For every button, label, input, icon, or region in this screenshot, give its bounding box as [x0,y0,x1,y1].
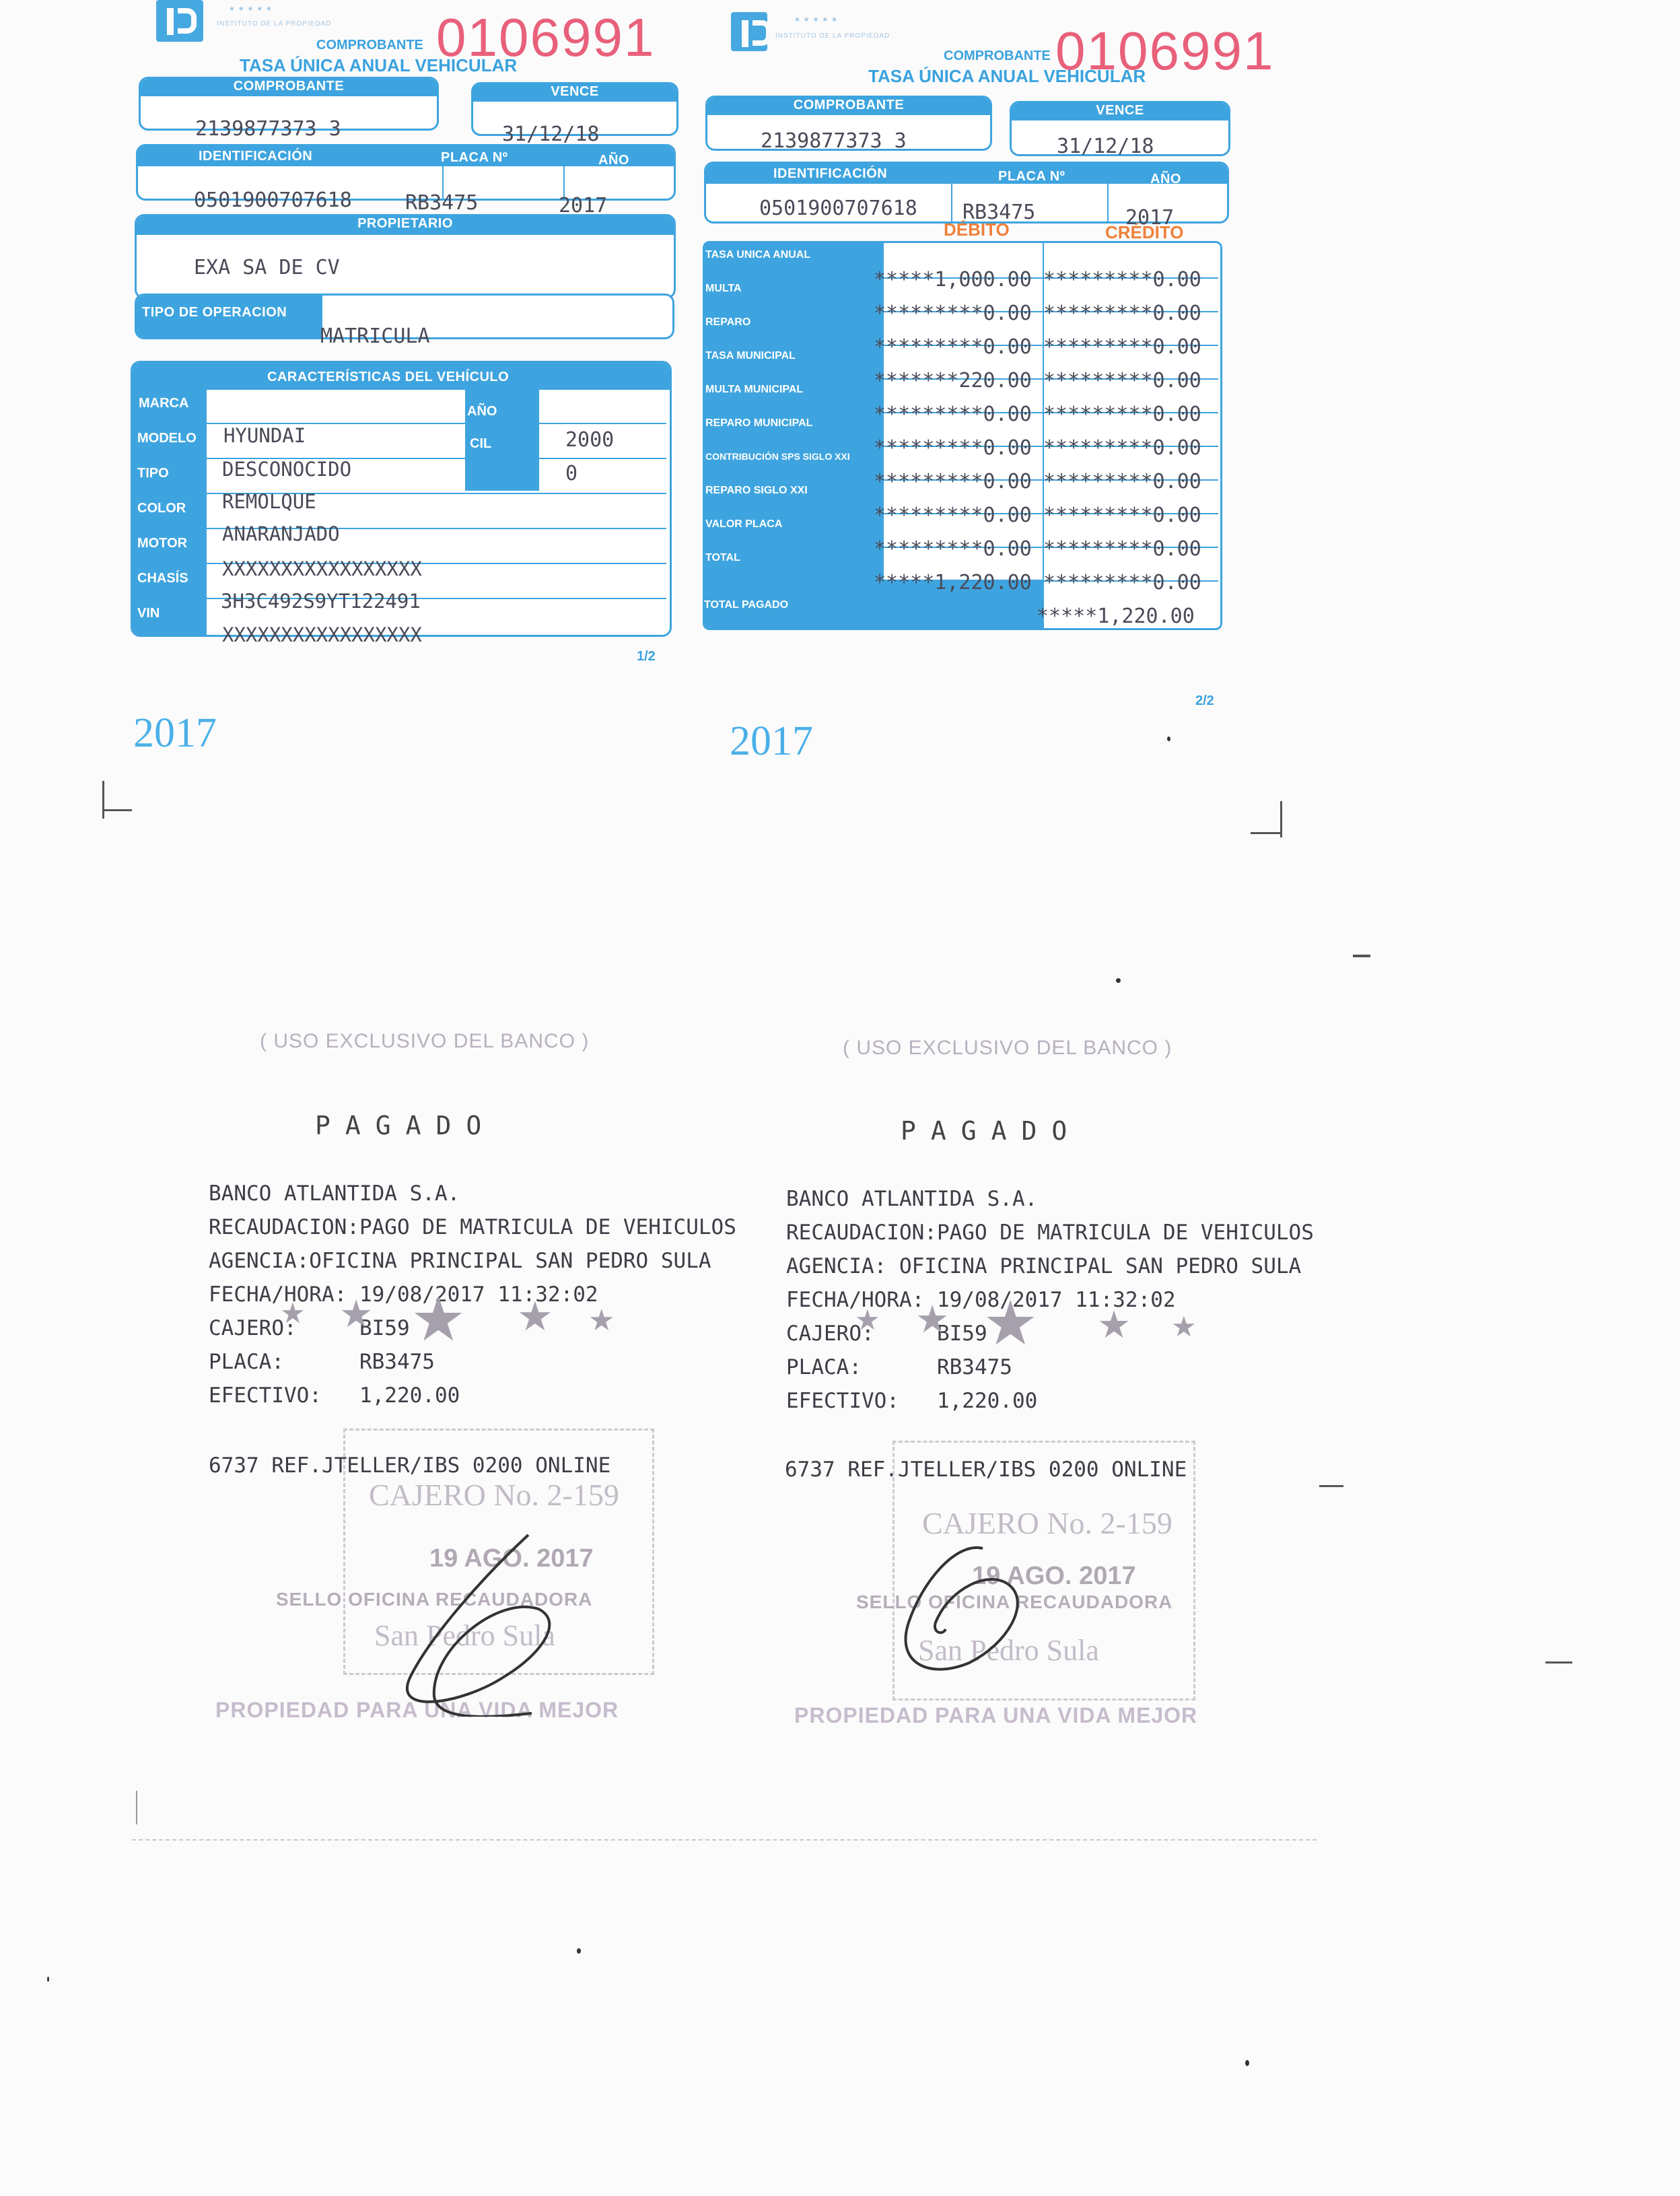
charge-credit: *********0.00 [1043,537,1201,561]
charge-credit: *********0.00 [1043,335,1201,359]
propietario-value: EXA SA DE CV [194,256,340,279]
value-modelo: DESCONOCIDO [222,458,351,481]
star-row-icon: ★ ★ ★ ★ ★ [229,5,273,13]
charge-label: TASA UNICA ANUAL [705,249,810,261]
form-title: TASA ÚNICA ANUAL VEHICULAR [868,66,1146,87]
value-vin: XXXXXXXXXXXXXXXXX [222,623,422,646]
value-color: ANARANJADO [222,522,340,545]
label-cil: CIL [470,436,491,452]
receipt-lines: BANCO ATLANTIDA S.A. RECAUDACION:PAGO DE… [786,1182,1314,1418]
charge-credit: *********0.00 [1043,504,1201,527]
identificacion-value: 0501900707618 [759,197,917,220]
year-watermark: 2017 [730,718,813,765]
charge-credit: *********0.00 [1043,436,1201,460]
star-icon: ★ [983,1293,1038,1354]
value-marca: HYUNDAI [223,424,306,447]
value-chasis: 3H3C492S9YT122491 [221,590,421,613]
tipo-operacion-label: TIPO DE OPERACION [142,305,287,320]
charge-debit: *******220.00 [874,369,1032,392]
identificacion-header: IDENTIFICACIÓN [773,166,887,182]
charge-debit: *********0.00 [874,436,1032,460]
label-marca: MARCA [139,396,188,411]
tipo-operacion-value: MATRICULA [320,324,430,348]
vehicle-header: CARACTERÍSTICAS DEL VEHÍCULO [267,370,509,385]
total-pagado-value: *****1,220.00 [1037,605,1195,628]
vence-value: 31/12/18 [502,123,600,146]
page-indicator: 1/2 [637,649,656,664]
stamp-cashier: CAJERO No. 2-159 [369,1477,619,1513]
ip-logo-icon [731,12,767,51]
label-motor: MOTOR [137,536,187,551]
credito-label: CRÉDITO [1105,222,1184,243]
star-row-icon: ★ ★ ★ ★ ★ [794,16,838,24]
charge-debit: *********0.00 [874,302,1032,325]
label-color: COLOR [137,501,186,516]
ip-logo-icon [156,0,203,42]
paid-status: PAGADO [901,1116,1082,1146]
institution-name: INSTITUTO DE LA PROPIEDAD [217,20,331,28]
identificacion-header: IDENTIFICACIÓN [199,149,312,164]
slogan: PROPIEDAD PARA UNA VIDA MEJOR [794,1703,1197,1728]
charge-credit: *********0.00 [1043,403,1201,426]
charge-debit: *********0.00 [874,403,1032,426]
divider [1107,184,1109,221]
label-tipo: TIPO [137,466,169,481]
page-indicator: 2/2 [1195,693,1214,709]
charge-label: REPARO [705,316,750,329]
charge-debit: *****1,220.00 [874,571,1032,594]
star-icon: ★ [588,1306,615,1336]
comprobante-header: COMPROBANTE [141,79,437,96]
ano-header: AÑO [598,153,629,168]
charge-label: MULTA [705,283,742,295]
comprobante-header: COMPROBANTE [707,98,990,115]
star-icon: ★ [915,1301,949,1338]
form-title: TASA ÚNICA ANUAL VEHICULAR [240,55,517,76]
total-pagado-label: TOTAL PAGADO [704,599,788,611]
charge-debit: *********0.00 [874,470,1032,493]
comprobante-label: COMPROBANTE [944,48,1051,64]
charge-debit: *********0.00 [874,335,1032,359]
label-modelo: MODELO [137,431,197,446]
comprobante-value: 2139877373 3 [761,129,907,153]
debito-label: DÉBITO [944,219,1010,240]
comprobante-label: COMPROBANTE [316,38,423,53]
charge-credit: *********0.00 [1043,470,1201,493]
institution-name: INSTITUTO DE LA PROPIEDAD [775,32,890,40]
charge-label: TASA MUNICIPAL [705,350,796,362]
star-icon: ★ [855,1306,880,1334]
star-icon: ★ [1171,1313,1197,1341]
charge-label: CONTRIBUCIÓN SPS SIGLO XXI [705,451,850,462]
star-icon: ★ [517,1297,553,1337]
placa-header: PLACA Nº [998,169,1065,184]
charge-debit: *********0.00 [874,504,1032,527]
signature-icon [875,1528,1050,1683]
charge-credit: *********0.00 [1043,369,1201,392]
charge-credit: *********0.00 [1043,268,1201,291]
star-icon: ★ [339,1295,373,1333]
receipt-lines: BANCO ATLANTIDA S.A. RECAUDACION:PAGO DE… [209,1177,736,1412]
charge-label: REPARO SIGLO XXI [705,485,808,497]
vence-header: VENCE [1012,103,1228,121]
bank-only-note: ( USO EXCLUSIVO DEL BANCO ) [260,1030,589,1053]
charge-credit: *********0.00 [1043,302,1201,325]
paid-status: PAGADO [315,1111,496,1140]
value-tipo: REMOLQUE [222,490,316,513]
star-icon: ★ [1097,1306,1131,1344]
charge-debit: *********0.00 [874,537,1032,561]
placa-header: PLACA Nº [441,150,508,166]
label-chasis: CHASÍS [137,571,188,586]
placa-value: RB3475 [405,191,478,215]
star-icon: ★ [411,1289,466,1350]
identificacion-value: 0501900707618 [194,188,352,212]
signature-icon [363,1521,579,1717]
comprobante-value: 2139877373 3 [195,117,341,141]
divider [951,184,952,221]
charge-credit: *********0.00 [1043,571,1201,594]
charge-label: MULTA MUNICIPAL [705,384,803,396]
value-cil: 0 [565,462,577,485]
vence-value: 31/12/18 [1057,135,1154,158]
ano-header: AÑO [1150,172,1181,187]
charge-label: REPARO MUNICIPAL [705,417,812,430]
charge-label: TOTAL [705,552,740,564]
year-watermark: 2017 [133,710,217,757]
vence-header: VENCE [473,84,676,102]
value-ano: 2000 [565,428,614,452]
bank-only-note: ( USO EXCLUSIVO DEL BANCO ) [843,1037,1172,1060]
charge-debit: *****1,000.00 [874,268,1032,291]
label-vin: VIN [137,606,160,621]
label-ano: AÑO [467,404,497,419]
value-motor: XXXXXXXXXXXXXXXXX [222,557,422,580]
charge-label: VALOR PLACA [705,518,782,530]
propietario-header: PROPIETARIO [137,216,674,235]
star-icon: ★ [280,1299,306,1328]
cut-line [132,1839,1317,1841]
